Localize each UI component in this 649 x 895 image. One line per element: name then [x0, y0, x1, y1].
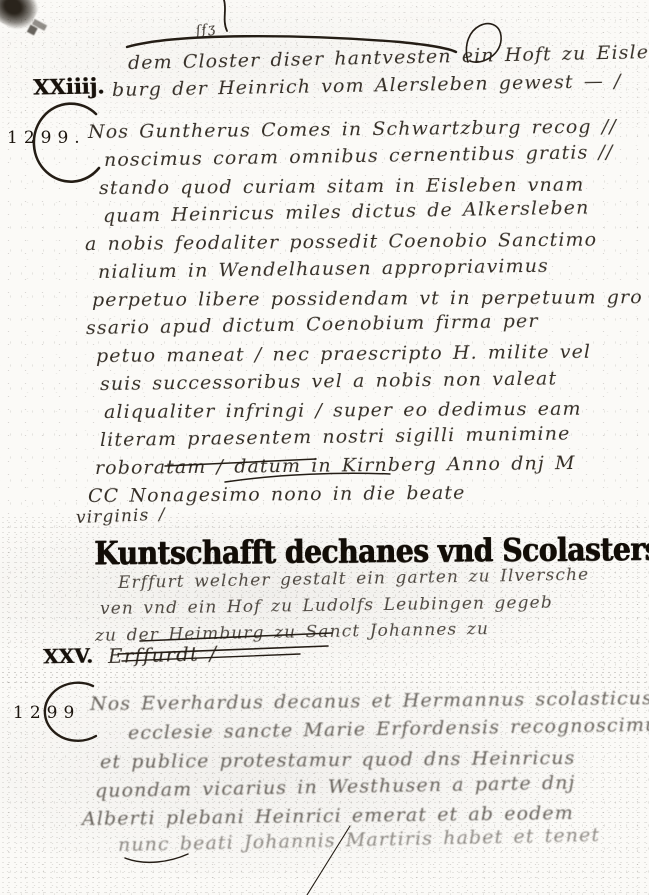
- margin-year-1299-a: 1299.: [7, 128, 86, 148]
- entry-xxv-intro-line: ven vnd ein Hof zu Ludolfs Leubingen geg…: [100, 593, 553, 619]
- ink-blot-topleft: [0, 0, 42, 35]
- entry-xxiv-line: literam praesentem nostri sigilli munimi…: [100, 422, 571, 451]
- entry-xxiv-line: noscimus coram omnibus cernentibus grati…: [104, 141, 614, 171]
- entry-xxiv-line: roboratam / datum in Kirnberg Anno dnj M: [95, 452, 576, 479]
- entry-xxiv-line: Nos Guntherus Comes in Schwartzburg reco…: [88, 115, 617, 143]
- entry-xxiv-line: suis successoribus vel a nobis non valea…: [100, 367, 557, 395]
- entry-xxiv-line: petuo maneat / nec praescripto H. milite…: [96, 341, 591, 367]
- entry-xxiv-line-virginis: virginis /: [76, 505, 166, 528]
- margin-number-xxv: XXV.: [43, 644, 93, 669]
- entry-xxiv-line: ssario apud dictum Coenobium firma per: [86, 310, 539, 339]
- margin-number-xxiiij: XXiiij.: [33, 73, 105, 99]
- entry-xxv-line: quondam vicarius in Westhusen a parte dn…: [95, 772, 576, 802]
- entry-xxv-line: et publice protestamur quod dns Heinricu…: [100, 747, 576, 773]
- entry-xxiv-line: quam Heinricus miles dictus de Alkersleb…: [103, 197, 590, 227]
- entry-xxiv-line: nialium in Wendelhausen appropriavimus: [98, 255, 549, 283]
- top-vertical-stroke: [224, 0, 227, 31]
- entry-xxiv-line: a nobis feodaliter possedit Coenobio San…: [85, 229, 597, 255]
- fragment-line-1: dem Closter diser hantvesten ein Hoft zu…: [128, 41, 649, 74]
- entry-xxiv-line: aliqualiter infringi / super eo dedimus …: [104, 398, 582, 423]
- entry-xxiv-line: perpetuo libere possidendam vt in perpet…: [92, 286, 643, 311]
- entry-xxv-line: Nos Everhardus decanus et Hermannus scol…: [90, 687, 649, 715]
- fragment-line-2: burg der Heinrich vom Alersleben gewest …: [112, 70, 622, 101]
- margin-year-1299-b: 1299: [13, 703, 80, 723]
- entry-xxiv-line: stando quod curiam sitam in Eisleben vna…: [99, 174, 585, 199]
- entry-xxv-line: ecclesie sancte Marie Erfordensis recogn…: [128, 713, 649, 743]
- margin-scribble: ſẜʒ: [195, 21, 217, 39]
- manuscript-page: ſẜʒ dem Closter diser hantvesten ein Hof…: [0, 0, 649, 895]
- place-erffurdt: Erffurdt /: [108, 641, 218, 668]
- entry-xxv-line: nunc beati Johannis Martiris habet et te…: [118, 824, 601, 856]
- entry-xxiv-line: CC Nonagesimo nono in die beate: [88, 482, 466, 507]
